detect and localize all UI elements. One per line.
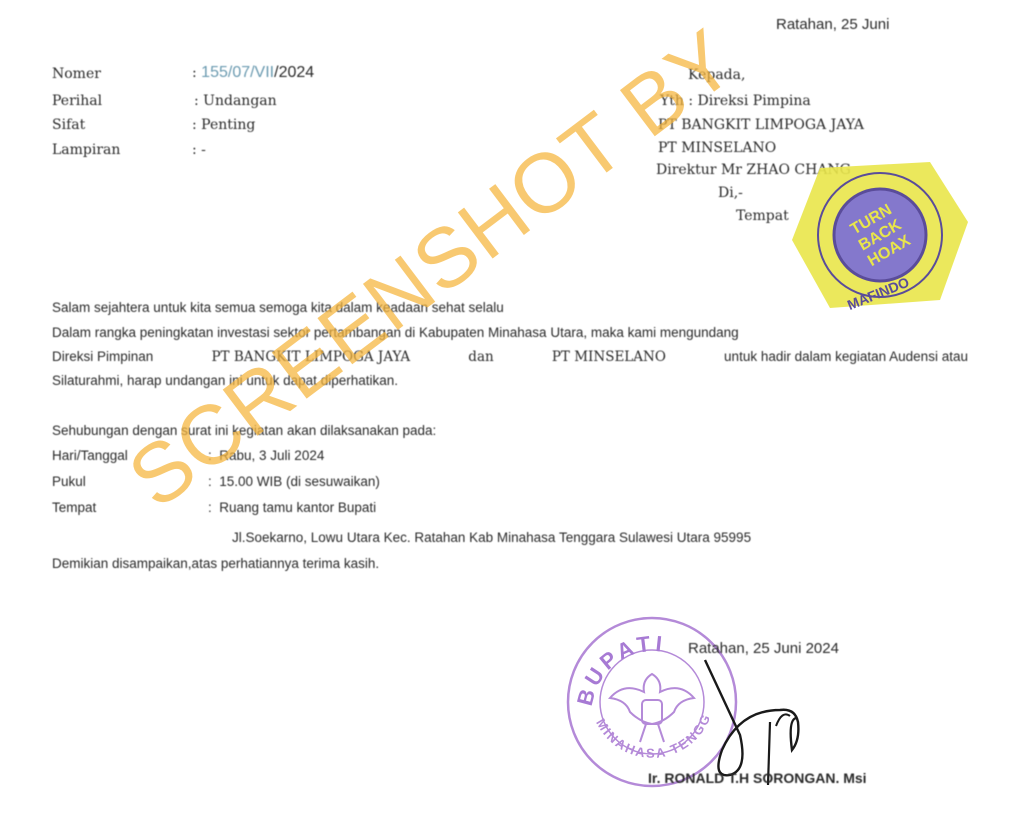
detail-label-time: Pukul — [52, 474, 86, 489]
svg-text:BUPATI: BUPATI — [572, 631, 667, 708]
turnbackhoax-badge-icon: TURN BACK HOAX MAFINDO — [790, 160, 970, 310]
detail-value-place: : Ruang tamu kantor Bupati — [208, 500, 376, 515]
meta-value-lampiran: : - — [192, 142, 206, 158]
meta-label-sifat: Sifat — [52, 117, 85, 133]
body-paragraph-line-1: Dalam rangka peningkatan investasi sekto… — [52, 325, 968, 340]
signer-name: Ir. RONALD T.H SORONGAN. Msi — [648, 770, 867, 786]
detail-address: Jl.Soekarno, Lowu Utara Kec. Ratahan Kab… — [232, 530, 751, 545]
recipient-tempat: Tempat — [736, 208, 789, 224]
meta-value-perihal: : Undangan — [194, 93, 277, 109]
detail-label-place: Tempat — [52, 500, 96, 515]
body-paragraph-line-2: Direksi Pimpinan PT BANGKIT LIMPOGA JAYA… — [52, 349, 968, 365]
meta-label-nomer: Nomer — [52, 66, 101, 82]
body-closing: Demikian disampaikan,atas perhatiannya t… — [52, 556, 379, 571]
meta-value-nomer: : 155/07/VII/2024 — [192, 64, 314, 82]
letter-date-top: Ratahan, 25 Juni — [776, 16, 889, 33]
meta-label-lampiran: Lampiran — [52, 142, 120, 158]
meta-value-sifat: : Penting — [192, 117, 255, 133]
signature-icon — [700, 650, 840, 790]
meta-label-perihal: Perihal — [52, 93, 102, 109]
recipient-di: Di,- — [718, 185, 743, 201]
screenshot-watermark: SCREENSHOT BY — [111, 10, 753, 527]
